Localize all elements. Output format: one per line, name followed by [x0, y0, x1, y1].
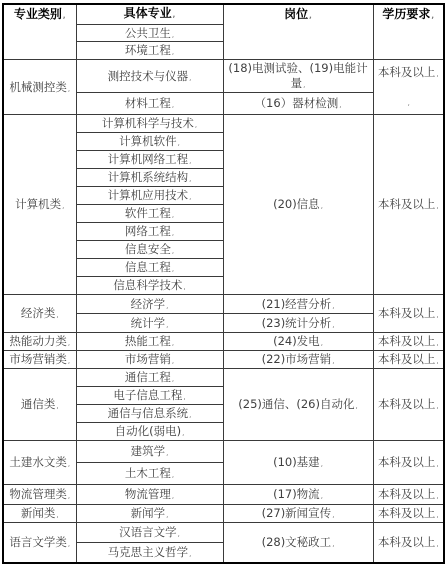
- major-cell: 网络工程,: [76, 223, 223, 241]
- paragraph-mark-icon: ,: [321, 339, 323, 347]
- cell-text: 本科及以上,: [376, 65, 442, 80]
- cell-text: 本科及以上,: [376, 306, 442, 321]
- position-cell: (17)物流,: [223, 485, 373, 505]
- paragraph-mark-icon: ,: [172, 48, 174, 56]
- cell-text: 计算机科学与技术,: [79, 116, 221, 131]
- cell-text: (22)市场营销,: [226, 352, 371, 367]
- paragraph-mark-icon: ,: [436, 357, 438, 365]
- position-cell: (27)新闻宣传,: [223, 505, 373, 523]
- paragraph-mark-icon: ,: [332, 540, 334, 548]
- education-cell: 本科及以上,: [373, 369, 444, 441]
- position-cell: (22)市场营销,: [223, 351, 373, 369]
- category-cell: 土建水文类,: [3, 441, 76, 485]
- cell-text: 具体专业,: [79, 6, 221, 22]
- cell-text: 本科及以上,: [376, 455, 442, 470]
- paragraph-mark-icon: ,: [183, 393, 185, 401]
- table-row: 经济类,经济学,(21)经营分析,本科及以上,: [3, 295, 444, 314]
- cell-text: (17)物流,: [226, 487, 371, 502]
- paragraph-mark-icon: ,: [436, 460, 438, 468]
- paragraph-mark-icon: ,: [436, 511, 438, 519]
- cell-text: 经济类,: [6, 306, 74, 321]
- paragraph-mark-icon: ,: [321, 202, 323, 210]
- category-cell: 语言文学类,: [3, 523, 76, 563]
- major-cell: 马克思主义哲学,: [76, 543, 223, 563]
- table-row: 土建水文类,建筑学,(10)基建,本科及以上,: [3, 441, 444, 463]
- major-cell: 软件工程,: [76, 205, 223, 223]
- major-cell: 建筑学,: [76, 441, 223, 463]
- paragraph-mark-icon: ,: [355, 402, 357, 410]
- cell-text: (23)统计分析,: [226, 316, 371, 331]
- cell-text: 专业类别,: [6, 7, 74, 23]
- paragraph-mark-icon: ,: [332, 321, 334, 329]
- major-cell: 经济学,: [76, 295, 223, 314]
- cell-text: 新闻类,: [6, 506, 74, 521]
- education-cell: 本科及以上,: [373, 441, 444, 485]
- position-cell: (20)信息,: [223, 115, 373, 295]
- paragraph-mark-icon: ,: [436, 311, 438, 319]
- cell-text: 计算机应用技术,: [79, 188, 221, 203]
- education-cell: 本科及以上,: [373, 505, 444, 523]
- category-cell: 机械测控类,: [3, 60, 76, 115]
- table-row: 专业类别,具体专业,岗位,学历要求,: [3, 4, 444, 24]
- paragraph-mark-icon: ,: [189, 550, 191, 558]
- major-cell: 计算机系统结构,: [76, 169, 223, 187]
- paragraph-mark-icon: ,: [172, 101, 174, 109]
- education-cell: 本科及以上,: [373, 523, 444, 563]
- education-cell: 本科及以上,,: [373, 60, 444, 115]
- cell-text: 学历要求,: [376, 7, 442, 23]
- cell-text: （16）器材检测,: [226, 96, 371, 111]
- category-cell: 物流管理类,: [3, 485, 76, 505]
- paragraph-mark-icon: ,: [408, 99, 410, 107]
- paragraph-mark-icon: ,: [166, 511, 168, 519]
- paragraph-mark-icon: ,: [172, 339, 174, 347]
- category-cell: 经济类,: [3, 295, 76, 333]
- major-cell: 环境工程,: [76, 42, 223, 60]
- paragraph-mark-icon: ,: [178, 139, 180, 147]
- category-cell: 市场营销类,: [3, 351, 76, 369]
- cell-text: 通信与信息系统,: [79, 406, 221, 421]
- cell-text: (25)通信、(26)自动化,: [226, 397, 371, 412]
- cell-text: 通信工程,: [79, 370, 221, 385]
- paragraph-mark-icon: ,: [68, 357, 70, 365]
- position-cell: (24)发电,: [223, 333, 373, 351]
- header-category-cell: 专业类别,: [3, 4, 76, 60]
- recruitment-table: 专业类别,具体专业,岗位,学历要求,公共卫生,环境工程,机械测控类,测控技术与仪…: [2, 3, 445, 564]
- paragraph-mark-icon: ,: [56, 511, 58, 519]
- major-cell: 计算机科学与技术,: [76, 115, 223, 133]
- paragraph-mark-icon: ,: [166, 449, 168, 457]
- major-cell: 物流管理,: [76, 485, 223, 505]
- position-cell: (28)文秘政工,: [223, 523, 373, 563]
- paragraph-mark-icon: ,: [166, 302, 168, 310]
- education-cell: 本科及以上,: [373, 351, 444, 369]
- major-cell: 信息科学技术,: [76, 277, 223, 295]
- position-cell: (10)基建,: [223, 441, 373, 485]
- paragraph-mark-icon: ,: [321, 460, 323, 468]
- cell-text: 通信类,: [6, 397, 74, 412]
- major-cell: 新闻学,: [76, 505, 223, 523]
- major-cell: 市场营销,: [76, 351, 223, 369]
- major-cell: 材料工程,: [76, 93, 223, 115]
- cell-text: 公共卫生,: [79, 26, 221, 41]
- paragraph-mark-icon: ,: [178, 530, 180, 538]
- paragraph-mark-icon: ,: [436, 540, 438, 548]
- paragraph-mark-icon: ,: [183, 283, 185, 291]
- cell-text: 机械测控类,: [6, 80, 74, 95]
- cell-text: 计算机系统结构,: [79, 170, 221, 185]
- paragraph-mark-icon: ,: [166, 321, 168, 329]
- major-cell: 汉语言文学,: [76, 523, 223, 543]
- paragraph-mark-icon: ,: [172, 492, 174, 500]
- cell-text: ,: [376, 94, 442, 109]
- cell-text: (20)信息,: [226, 197, 371, 212]
- cell-text: 计算机类,: [6, 197, 74, 212]
- paragraph-mark-icon: ,: [68, 85, 70, 93]
- cell-text: 市场营销,: [79, 352, 221, 367]
- major-cell: 信息安全,: [76, 241, 223, 259]
- major-cell: 自动化(弱电),: [76, 423, 223, 441]
- category-cell: 热能动力类,: [3, 333, 76, 351]
- cell-text: 本科及以上,: [376, 535, 442, 550]
- paragraph-mark-icon: ,: [436, 402, 438, 410]
- table-row: 物流管理类,物流管理,(17)物流,本科及以上,: [3, 485, 444, 505]
- header-major-cell: 具体专业,: [76, 4, 223, 24]
- cell-text: (24)发电,: [226, 334, 371, 349]
- paragraph-mark-icon: ,: [173, 11, 176, 19]
- cell-text: 电子信息工程,: [79, 388, 221, 403]
- paragraph-mark-icon: ,: [68, 492, 70, 500]
- paragraph-mark-icon: ,: [63, 12, 66, 20]
- table-row: 通信类,通信工程,(25)通信、(26)自动化,本科及以上,: [3, 369, 444, 387]
- cell-text: (10)基建,: [226, 455, 371, 470]
- paragraph-mark-icon: ,: [172, 247, 174, 255]
- cell-text: 语言文学类,: [6, 535, 74, 550]
- paragraph-mark-icon: ,: [172, 229, 174, 237]
- table-row: 新闻类,新闻学,(27)新闻宣传,本科及以上,: [3, 505, 444, 523]
- cell-text: 软件工程,: [79, 206, 221, 221]
- paragraph-mark-icon: ,: [172, 375, 174, 383]
- education-cell: 本科及以上,: [373, 295, 444, 333]
- cell-text: 经济学,: [79, 297, 221, 312]
- paragraph-mark-icon: ,: [68, 339, 70, 347]
- paragraph-mark-icon: ,: [309, 12, 312, 20]
- paragraph-mark-icon: ,: [189, 193, 191, 201]
- cell-text: 信息科学技术,: [79, 278, 221, 293]
- paragraph-mark-icon: ,: [189, 157, 191, 165]
- cell-text: 热能动力类,: [6, 334, 74, 349]
- paragraph-mark-icon: ,: [339, 101, 341, 109]
- paragraph-mark-icon: ,: [303, 81, 305, 89]
- cell-text: 统计学,: [79, 316, 221, 331]
- cell-text: 物流管理,: [79, 487, 221, 502]
- table-row: 机械测控类,测控技术与仪器,(18)电测试验、(19)电能计量,本科及以上,,: [3, 60, 444, 93]
- paragraph-mark-icon: ,: [172, 265, 174, 273]
- paragraph-mark-icon: ,: [172, 31, 174, 39]
- cell-text: 马克思主义哲学,: [79, 545, 221, 560]
- paragraph-mark-icon: ,: [189, 175, 191, 183]
- cell-text: 本科及以上,: [376, 397, 442, 412]
- cell-text: 物流管理类,: [6, 487, 74, 502]
- cell-text: 土木工程,: [79, 466, 221, 481]
- cell-text: 汉语言文学,: [79, 525, 221, 540]
- paragraph-mark-icon: ,: [172, 211, 174, 219]
- header-position-cell: 岗位,: [223, 4, 373, 60]
- table-row: 计算机类,计算机科学与技术,(20)信息,本科及以上,: [3, 115, 444, 133]
- major-cell: 统计学,: [76, 314, 223, 333]
- paragraph-mark-icon: ,: [56, 311, 58, 319]
- paragraph-mark-icon: ,: [62, 202, 64, 210]
- table-row: 热能动力类,热能工程,(24)发电,本科及以上,: [3, 333, 444, 351]
- position-cell: (18)电测试验、(19)电能计量,: [223, 60, 373, 93]
- major-cell: 公共卫生,: [76, 24, 223, 42]
- education-cell: 本科及以上,: [373, 115, 444, 295]
- paragraph-mark-icon: ,: [172, 357, 174, 365]
- paragraph-mark-icon: ,: [172, 471, 174, 479]
- cell-text: (27)新闻宣传,: [226, 506, 371, 521]
- cell-text: 本科及以上,: [376, 352, 442, 367]
- position-cell: (25)通信、(26)自动化,: [223, 369, 373, 441]
- category-cell: 新闻类,: [3, 505, 76, 523]
- paragraph-mark-icon: ,: [436, 492, 438, 500]
- header-education-cell: 学历要求,: [373, 4, 444, 60]
- cell-text: 本科及以上,: [376, 197, 442, 212]
- paragraph-mark-icon: ,: [332, 302, 334, 310]
- cell-text: 市场营销类,: [6, 352, 74, 367]
- table-row: 语言文学类,汉语言文学,(28)文秘政工,本科及以上,: [3, 523, 444, 543]
- document-body: 专业类别,具体专业,岗位,学历要求,公共卫生,环境工程,机械测控类,测控技术与仪…: [0, 0, 447, 564]
- cell-text: 自动化(弱电),: [79, 424, 221, 439]
- cell-text: 土建水文类,: [6, 455, 74, 470]
- category-cell: 计算机类,: [3, 115, 76, 295]
- cell-text: 新闻学,: [79, 506, 221, 521]
- document-page: 专业类别,具体专业,岗位,学历要求,公共卫生,环境工程,机械测控类,测控技术与仪…: [0, 0, 447, 566]
- cell-text: (18)电测试验、(19)电能计量,: [226, 61, 371, 91]
- table-body: 专业类别,具体专业,岗位,学历要求,公共卫生,环境工程,机械测控类,测控技术与仪…: [3, 4, 444, 563]
- major-cell: 计算机网络工程,: [76, 151, 223, 169]
- cell-text: 热能工程,: [79, 334, 221, 349]
- major-cell: 热能工程,: [76, 333, 223, 351]
- category-cell: 通信类,: [3, 369, 76, 441]
- paragraph-mark-icon: ,: [195, 121, 197, 129]
- paragraph-mark-icon: ,: [436, 70, 438, 78]
- paragraph-mark-icon: ,: [321, 492, 323, 500]
- cell-text: 岗位,: [226, 7, 371, 23]
- major-cell: 信息工程,: [76, 259, 223, 277]
- cell-text: 材料工程,: [79, 96, 221, 111]
- paragraph-mark-icon: ,: [189, 411, 191, 419]
- paragraph-mark-icon: ,: [56, 402, 58, 410]
- major-cell: 土木工程,: [76, 463, 223, 485]
- cell-text: 信息安全,: [79, 242, 221, 257]
- cell-text: 本科及以上,: [376, 487, 442, 502]
- paragraph-mark-icon: ,: [68, 460, 70, 468]
- cell-text: 计算机网络工程,: [79, 152, 221, 167]
- paragraph-mark-icon: ,: [189, 74, 191, 82]
- paragraph-mark-icon: ,: [332, 511, 334, 519]
- cell-text: 测控技术与仪器,: [79, 69, 221, 84]
- cell-text: 建筑学,: [79, 444, 221, 459]
- table-row: 市场营销类,市场营销,(22)市场营销,本科及以上,: [3, 351, 444, 369]
- position-cell: (23)统计分析,: [223, 314, 373, 333]
- cell-text: 本科及以上,: [376, 506, 442, 521]
- position-cell: (21)经营分析,: [223, 295, 373, 314]
- paragraph-mark-icon: ,: [436, 339, 438, 347]
- major-cell: 测控技术与仪器,: [76, 60, 223, 93]
- major-cell: 计算机软件,: [76, 133, 223, 151]
- paragraph-mark-icon: ,: [436, 202, 438, 210]
- major-cell: 通信与信息系统,: [76, 405, 223, 423]
- education-cell: 本科及以上,: [373, 333, 444, 351]
- cell-text: 本科及以上,: [376, 334, 442, 349]
- cell-text: 计算机软件,: [79, 134, 221, 149]
- paragraph-mark-icon: ,: [68, 540, 70, 548]
- paragraph-mark-icon: ,: [332, 357, 334, 365]
- major-cell: 电子信息工程,: [76, 387, 223, 405]
- cell-text: (21)经营分析,: [226, 297, 371, 312]
- paragraph-mark-icon: ,: [182, 429, 184, 437]
- education-cell: 本科及以上,: [373, 485, 444, 505]
- cell-text: 环境工程,: [79, 43, 221, 58]
- position-cell: （16）器材检测,: [223, 93, 373, 115]
- cell-text: (28)文秘政工,: [226, 535, 371, 550]
- major-cell: 计算机应用技术,: [76, 187, 223, 205]
- paragraph-mark-icon: ,: [431, 12, 434, 20]
- cell-text: 信息工程,: [79, 260, 221, 275]
- cell-text: 网络工程,: [79, 224, 221, 239]
- major-cell: 通信工程,: [76, 369, 223, 387]
